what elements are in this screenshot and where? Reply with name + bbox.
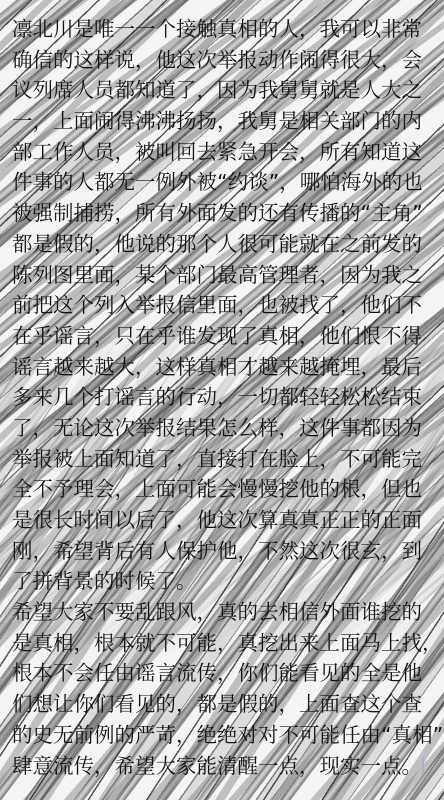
text-line: 们想让你们看见的，都是假的，上面查这个查 [12, 689, 443, 720]
text-line: 是真相，根本就不可能，真挖出来上面马上找， [12, 628, 443, 659]
text-line: 凛北川是唯一一个接触真相的人，我可以非常 [12, 14, 443, 45]
text-line: 刚，希望背后有人保护他，不然这次很玄，到 [12, 536, 443, 567]
text-line: 多来几个打谣言的行动，一切都轻轻松松结束 [12, 382, 443, 413]
text-line: 根本不会任由谣言流传，你们能看见的全是他 [12, 658, 443, 689]
text-line: 的史无前例的严苛，绝绝对对不可能任由“真相” [12, 720, 443, 751]
text-line: 被强制捕捞，所有外面发的还有传播的“主角” [12, 198, 443, 229]
text-line: 谣言越来越大，这样真相才越来越掩埋，最后 [12, 352, 443, 383]
text-line: 了拼背景的时候了。 [12, 566, 443, 597]
text-line: 举报被上面知道了，直接打在脸上，不可能完 [12, 444, 443, 475]
text-line: 一，上面闹得沸沸扬扬，我舅是相关部门的内 [12, 106, 443, 137]
text-line: 确信的这样说，他这次举报动作闹得很大，会 [12, 45, 443, 76]
text-line: 都是假的，他说的那个人很可能就在之前发的 [12, 229, 443, 260]
text-line: 件事的人都无一例外被“约谈”，哪怕海外的也 [12, 167, 443, 198]
text-line: 前把这个列入举报信里面，也被找了，他们不 [12, 290, 443, 321]
text-line: 部工作人员，被叫回去紧急开会，所有知道这 [12, 137, 443, 168]
text-line: 肆意流传，希望大家能清醒一点，现实一点。 [12, 751, 443, 782]
text-line: 全不予理会，上面可能会慢慢挖他的根，但也 [12, 474, 443, 505]
text-line: 是很长时间以后了，他这次算真真正正的正面 [12, 505, 443, 536]
post-image: 凛北川是唯一一个接触真相的人，我可以非常 确信的这样说，他这次举报动作闹得很大，… [0, 0, 444, 800]
text-line: 了，无论这次举报结果怎么样，这件事都因为 [12, 413, 443, 444]
text-line: 希望大家不要乱跟风，真的去相信外面谁挖的 [12, 597, 443, 628]
post-text: 凛北川是唯一一个接触真相的人，我可以非常 确信的这样说，他这次举报动作闹得很大，… [12, 14, 443, 781]
paragraph-2: 希望大家不要乱跟风，真的去相信外面谁挖的 是真相，根本就不可能，真挖出来上面马上… [12, 597, 443, 781]
text-cursor [422, 757, 424, 775]
text-line: 议列席人员都知道了，因为我舅舅就是人大之 [12, 75, 443, 106]
text-line: 在乎谣言，只在乎谁发现了真相，他们恨不得 [12, 321, 443, 352]
text-line: 陈列图里面，某个部门最高管理者，因为我之 [12, 260, 443, 291]
paragraph-1: 凛北川是唯一一个接触真相的人，我可以非常 确信的这样说，他这次举报动作闹得很大，… [12, 14, 443, 597]
